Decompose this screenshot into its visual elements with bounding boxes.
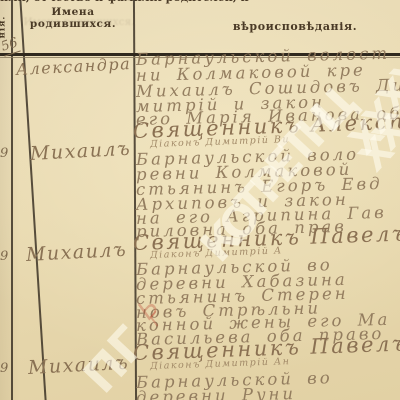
document-page: нія. Имена родившихся. Имена родившихся.…	[0, 0, 400, 400]
child-name: Михаилъ	[29, 138, 131, 165]
margin-record-number: 9	[0, 361, 8, 376]
child-name: Михаилъ	[25, 239, 127, 266]
column-header-parents-cut-text: имя, отчество и фамилія родителей, и как…	[0, 0, 250, 4]
table-vertical-rule-left	[11, 0, 13, 400]
margin-record-number: 9	[0, 249, 8, 264]
column-header-confession: вѣроисповѣданія.	[195, 20, 395, 33]
record-line: деревни Руни	[136, 384, 296, 400]
margin-vertical-label: нія.	[0, 16, 7, 39]
header-ghost-showthrough: Имена родившихся.	[18, 16, 140, 28]
column-header-parents-cut-line: имя, отчество и фамилія родителей, и как…	[0, 0, 250, 4]
margin-record-number: 9	[0, 146, 8, 161]
